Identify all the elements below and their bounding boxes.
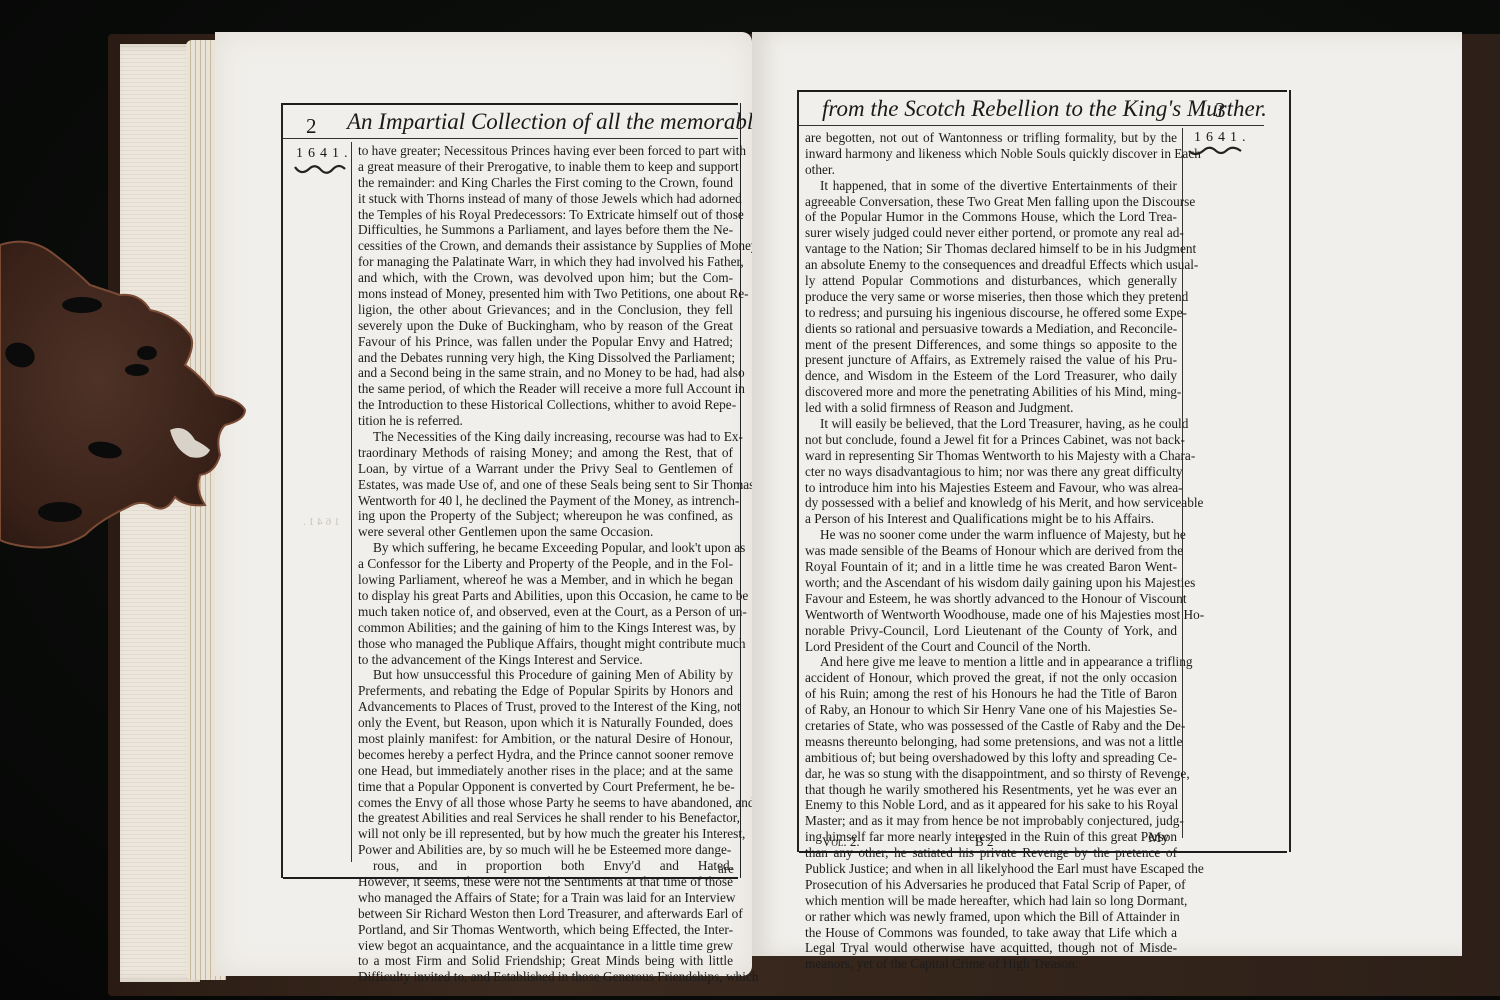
left-flourish-ornament: [293, 163, 347, 177]
text-line: ing upon the Property of the Subject; wh…: [358, 508, 733, 524]
text-line: not but conclude, found a Jewel fit for …: [805, 432, 1177, 448]
text-line: measns thereunto belonging, had some pre…: [805, 734, 1177, 750]
text-line: cessities of the Crown, and demands thei…: [358, 238, 733, 254]
text-line: tition he is referred.: [358, 413, 733, 429]
text-line: worth; and the Ascendant of his wisdom d…: [805, 575, 1177, 591]
text-line: the Temples of his Royal Predecessors: T…: [358, 207, 733, 223]
text-line: were several other Gentlemen upon the sa…: [358, 524, 733, 540]
text-line: severely upon the Duke of Buckingham, wh…: [358, 318, 733, 334]
text-line: for managing the Palatinate Warr, in whi…: [358, 254, 733, 270]
text-line: view begot an acquaintance, and the acqu…: [358, 938, 733, 954]
text-line: Lord President of the Court and Council …: [805, 639, 1177, 655]
text-line: Difficulties, he Summons a Parliament, a…: [358, 222, 733, 238]
text-line: Loan, by virtue of a Warrant under the P…: [358, 461, 733, 477]
text-line: other.: [805, 162, 1177, 178]
text-line: Portland, and Sir Thomas Wentworth, whic…: [358, 922, 733, 938]
text-line: By which suffering, he became Exceeding …: [358, 540, 733, 556]
text-line: time that a Popular Opponent is converte…: [358, 779, 733, 795]
text-line: vantage to the Nation; Sir Thomas declar…: [805, 241, 1177, 257]
text-line: ambitious of; but being overshadowed by …: [805, 750, 1177, 766]
right-page-number: 3: [1215, 98, 1226, 123]
text-line: a Confessor for the Liberty and Property…: [358, 556, 733, 572]
text-line: was made sensible of the Beams of Honour…: [805, 543, 1177, 559]
text-line: Advancements to Places of Trust, proved …: [358, 699, 733, 715]
text-line: However, it seems, these were not the Se…: [358, 874, 733, 890]
text-line: discovered more and more the penetrating…: [805, 384, 1177, 400]
text-line: Wentworth for 40 l, he declined the Paym…: [358, 493, 733, 509]
text-line: norable Privy-Council, Lord Lieutenant o…: [805, 623, 1177, 639]
text-line: Difficulty invited to, and Established i…: [358, 969, 733, 985]
text-line: a Person of his Interest and Qualificati…: [805, 511, 1177, 527]
text-line: only the Event, but Reason, upon which i…: [358, 715, 733, 731]
text-line: ly attend Popular Commotions and disturb…: [805, 273, 1177, 289]
text-line: Favour and Esteem, he was shortly advanc…: [805, 591, 1177, 607]
text-line: who managed the Affairs of State; for a …: [358, 890, 733, 906]
left-head-rule: [283, 138, 738, 139]
text-line: agreeable Conversation, these Two Great …: [805, 194, 1177, 210]
text-line: which mention will be made hereafter, wh…: [805, 893, 1177, 909]
left-page-number: 2: [306, 114, 317, 139]
text-line: Publick Justice; and when in all likelyh…: [805, 861, 1177, 877]
text-line: dence, and Wisdom in the Esteem of the L…: [805, 368, 1177, 384]
text-line: to introduce him into his Majesties Este…: [805, 480, 1177, 496]
text-line: a great measure of their Prerogative, to…: [358, 159, 733, 175]
right-catchword: My: [1148, 830, 1169, 847]
right-margin-year: 1641.: [1194, 130, 1251, 146]
text-line: to the advancement of the Kings Interest…: [358, 652, 733, 668]
right-top-rule: [799, 90, 1287, 92]
text-line: Favour of his Prince, was fallen under t…: [358, 334, 733, 350]
text-line: lowing Parliament, whereof he was a Memb…: [358, 572, 733, 588]
text-line: the same period, of which the Reader wil…: [358, 381, 733, 397]
text-line: of the Popular Humor in the Commons Hous…: [805, 209, 1177, 225]
text-line: It happened, that in some of the diverti…: [805, 178, 1177, 194]
text-line: dients so rational and persuasive toward…: [805, 321, 1177, 337]
text-line: an absolute Enemy to the consequences an…: [805, 257, 1177, 273]
text-line: rous, and in proportion both Envy'd and …: [358, 858, 733, 874]
text-line: meanors, yet of the Capital Crime of Hig…: [805, 956, 1177, 972]
text-line: will not only be ill represented, but by…: [358, 826, 733, 842]
left-top-rule: [283, 103, 738, 105]
text-line: ward in representing Sir Thomas Wentwort…: [805, 448, 1177, 464]
text-line: are begotten, not out of Wantonness or t…: [805, 130, 1177, 146]
text-line: dar, he was so stung with the disappoint…: [805, 766, 1177, 782]
text-line: to redress; and pursuing his ingenious d…: [805, 305, 1177, 321]
text-line: Legal Tryal would otherwise have acquitt…: [805, 940, 1177, 956]
text-line: The Necessities of the King daily increa…: [358, 429, 733, 445]
text-line: surer wisely judged could never either p…: [805, 225, 1177, 241]
text-line: that though he warily smothered his Rese…: [805, 782, 1177, 798]
text-line: Prosecution of his Adversaries he produc…: [805, 877, 1177, 893]
text-line: it stuck with Thorns instead of many of …: [358, 191, 733, 207]
text-line: Enemy to this Noble Lord, and as it appe…: [805, 797, 1177, 813]
text-line: mons instead of Money, presented him wit…: [358, 286, 733, 302]
text-line: and a Second being in the same strain, a…: [358, 365, 733, 381]
text-line: comes the Envy of all those whose Party …: [358, 795, 733, 811]
text-line: present juncture of Affairs, as Extremel…: [805, 352, 1177, 368]
text-line: traordinary Methods of raising Money; an…: [358, 445, 733, 461]
volume-label: Vol. 2.: [822, 834, 860, 850]
text-line: Wentworth of Wentworth Woodhouse, made o…: [805, 607, 1177, 623]
left-margin-year: 1641.: [296, 146, 353, 162]
text-line: It will easily be believed, that the Lor…: [805, 416, 1177, 432]
text-line: And here give me leave to mention a litt…: [805, 654, 1177, 670]
text-line: and the Debates running very high, the K…: [358, 350, 733, 366]
left-margin-divider: [351, 142, 352, 862]
left-body-text: to have greater; Necessitous Princes hav…: [358, 143, 733, 985]
text-line: He was no sooner come under the warm inf…: [805, 527, 1177, 543]
text-line: or rather which was newly framed, upon w…: [805, 909, 1177, 925]
text-line: the remainder: and King Charles the Firs…: [358, 175, 733, 191]
text-line: of Raby, an Honour to which Sir Henry Va…: [805, 702, 1177, 718]
text-line: and which, with the Crown, was devolved …: [358, 270, 733, 286]
text-line: the House of Commons was founded, to tak…: [805, 925, 1177, 941]
text-line: most plainly manifest: for Ambition, or …: [358, 731, 733, 747]
text-line: those who managed the Publique Affairs, …: [358, 636, 733, 652]
text-line: accident of Honour, which proved the gre…: [805, 670, 1177, 686]
text-line: Master; and as it may from hence be not …: [805, 813, 1177, 829]
text-line: to have greater; Necessitous Princes hav…: [358, 143, 733, 159]
text-line: ment of the present Differences, and som…: [805, 337, 1177, 353]
text-line: Power and Abilities are, by so much will…: [358, 842, 733, 858]
text-line: ligion, the other about Grievances; and …: [358, 302, 733, 318]
text-line: Estates, was made Use of, and one of the…: [358, 477, 733, 493]
text-line: inward harmony and likeness which Noble …: [805, 146, 1177, 162]
text-line: to a most Firm and Solid Friendship; Gre…: [358, 953, 733, 969]
copper-bookmark: [0, 235, 250, 555]
text-line: But how unsuccessful this Procedure of g…: [358, 667, 733, 683]
text-line: one Head, but immediately another rises …: [358, 763, 733, 779]
text-line: the greatest Abilities and real Services…: [358, 810, 733, 826]
right-head-rule: [799, 125, 1264, 126]
text-line: cretaries of State, who was possessed of…: [805, 718, 1177, 734]
text-line: becomes hereby a perfect Hydra, and the …: [358, 747, 733, 763]
signature-mark: B 2: [975, 834, 993, 850]
text-line: the Introduction to these Historical Col…: [358, 397, 733, 413]
text-line: dy possessed with a belief and knowledg …: [805, 495, 1177, 511]
text-line: Royal Fountain of it; and in a little ti…: [805, 559, 1177, 575]
text-line: to display his great Parts and Abilities…: [358, 588, 733, 604]
text-line: between Sir Richard Weston then Lord Tre…: [358, 906, 733, 922]
show-through-margin-year: 1641.: [300, 516, 340, 528]
text-line: cter no ways disadvantagious to him; nor…: [805, 464, 1177, 480]
text-line: produce the very same or worse miseries,…: [805, 289, 1177, 305]
right-running-head: from the Scotch Rebellion to the King's …: [822, 96, 1267, 122]
left-catchword: are: [718, 861, 734, 877]
text-line: common Abilities; and the gaining of him…: [358, 620, 733, 636]
text-line: led with a solid firmness of Reason and …: [805, 400, 1177, 416]
text-line: Preferments, and rebating the Edge of Po…: [358, 683, 733, 699]
text-line: of his Ruin; among the rest of his Honou…: [805, 686, 1177, 702]
text-line: much taken notice of, and observed, even…: [358, 604, 733, 620]
